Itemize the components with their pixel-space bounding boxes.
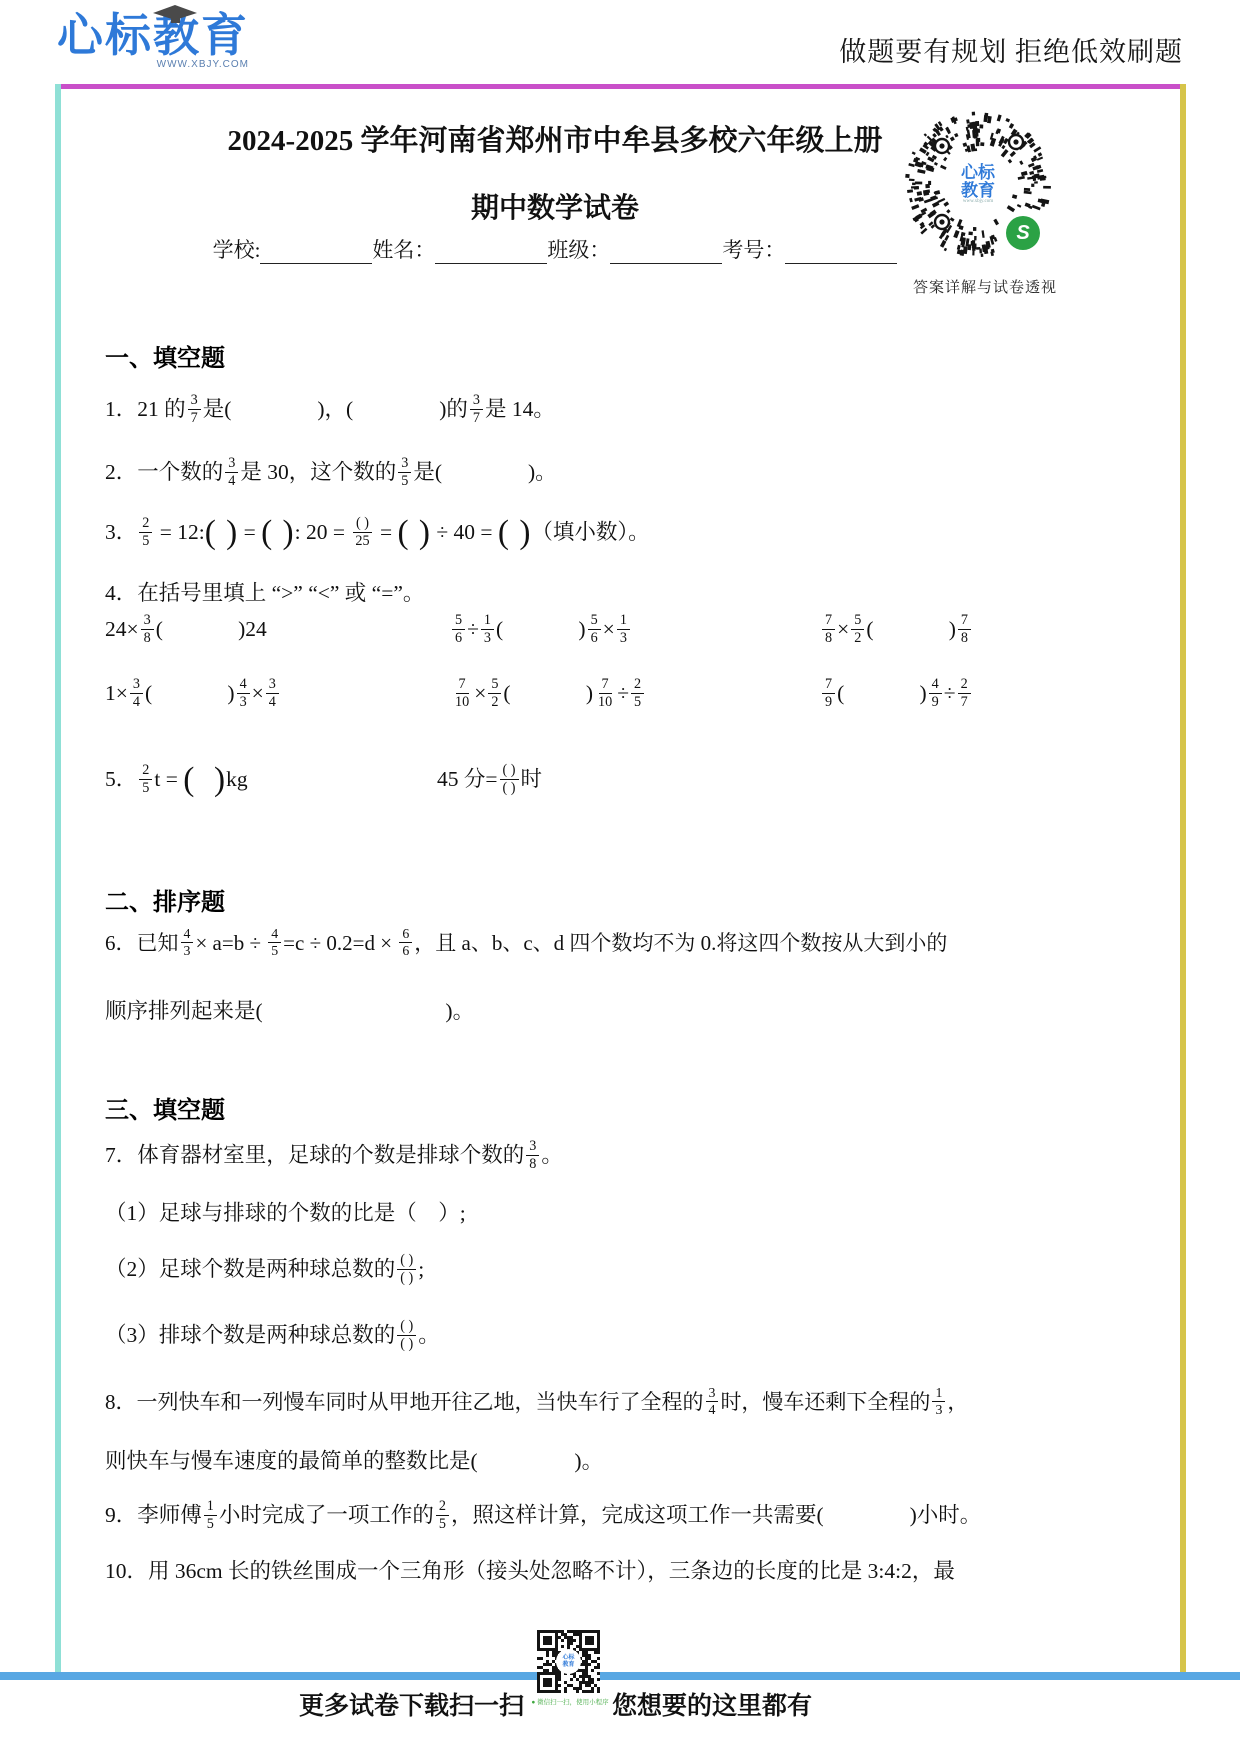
student-info-row: 学校: 姓名： 班级： 考号： xyxy=(105,234,1005,264)
download-qr-code: 心标 教育 xyxy=(537,1630,600,1693)
compare-r1c2: 56÷13( )56×13 xyxy=(450,612,820,646)
school-blank-line xyxy=(260,239,372,264)
answer-qr-code: 心标 教育 www.xbjy.com S xyxy=(902,110,1052,260)
mini-program-icon: S xyxy=(1006,216,1040,250)
question-10: 10．用 36cm 长的铁丝围成一个三角形（接头处忽略不计），三条边的长度的比是… xyxy=(105,1558,955,1585)
question-2: 2．一个数的34是 30，这个数的35是( )。 xyxy=(105,455,557,489)
question-4-intro: 4．在括号里填上 “>” “<” 或 “=”。 xyxy=(105,580,424,607)
exam-no-label: 考号： xyxy=(722,234,785,264)
header-tagline: 做题要有规划 拒绝低效刷题 xyxy=(839,30,1183,69)
download-qr-caption: ● 微信扫一扫，使用小程序 xyxy=(524,1697,616,1706)
exam-no-field: 考号： xyxy=(722,234,897,264)
question-7: 7．体育器材室里，足球的个数是排球个数的38。 xyxy=(105,1138,563,1172)
compare-r1c3: 78×52( )78 xyxy=(820,612,1167,646)
brand-logo: 心标教育 WWW.XBJY.COM xyxy=(57,12,249,70)
question-5b: 45 分=( )( )时 xyxy=(437,762,542,796)
frame-top-border xyxy=(55,84,1186,89)
question-5a: 5．25t = ( )kg xyxy=(105,762,248,796)
qr-brand-url: www.xbjy.com xyxy=(963,199,993,204)
class-label: 班级： xyxy=(547,234,610,264)
exam-page: 心标教育 WWW.XBJY.COM 做题要有规划 拒绝低效刷题 2024-202… xyxy=(0,0,1240,1754)
question-3: 3．25 = 12:( ) = ( ): 20 = ( )25 = ( ) ÷ … xyxy=(105,515,650,549)
name-field: 姓名： xyxy=(372,234,547,264)
compare-r2c3: 79( )49÷27 xyxy=(820,676,1167,710)
frame-right-border xyxy=(1180,84,1186,1674)
footer-left-text: 更多试卷下载扫一扫 xyxy=(282,1686,524,1722)
footer-blue-line xyxy=(0,1672,1240,1680)
section-heading-1: 一、填空题 xyxy=(105,338,225,373)
section-heading-2: 二、排序题 xyxy=(105,882,225,917)
frame-left-border xyxy=(55,84,61,1674)
compare-r1c1: 24×38( )24 xyxy=(105,612,450,646)
footer-right-text: 您想要的这里都有 xyxy=(612,1686,812,1722)
class-blank-line xyxy=(610,239,722,264)
answer-qr-caption: 答案详解与试卷透视 xyxy=(890,276,1080,297)
download-qr-logo: 心标 教育 xyxy=(556,1649,581,1674)
paper-title-line1: 2024-2025 学年河南省郑州市中牟县多校六年级上册 xyxy=(105,118,1005,159)
question-7-sub2: （2）足球个数是两种球总数的( )( ); xyxy=(105,1252,424,1286)
school-label: 学校: xyxy=(213,234,261,264)
section-heading-3: 三、填空题 xyxy=(105,1090,225,1125)
name-blank-line xyxy=(435,239,547,264)
qr-brand-logo: 心标 教育 www.xbjy.com xyxy=(945,151,1011,217)
qr-brand-line2: 教育 xyxy=(961,182,995,200)
question-7-sub3: （3）排球个数是两种球总数的( )( )。 xyxy=(105,1318,440,1352)
question-8-line1: 8．一列快车和一列慢车同时从甲地开往乙地，当快车行了全程的34时，慢车还剩下全程… xyxy=(105,1385,968,1419)
compare-r2c1: 1×34( )43×34 xyxy=(105,676,450,710)
graduation-cap-icon xyxy=(153,5,197,25)
download-qr-logo-line2: 教育 xyxy=(562,1662,574,1669)
question-6-line2: 顺序排列起来是( )。 xyxy=(105,998,474,1025)
question-8-line2: 则快车与慢车速度的最简单的整数比是( )。 xyxy=(105,1448,603,1475)
qr-brand-line1: 心标 xyxy=(961,164,995,182)
exam-no-blank-line xyxy=(785,239,897,264)
question-1: 1．21 的37是( )，( )的37是 14。 xyxy=(105,392,555,426)
question-7-sub1: （1）足球与排球的个数的比是（ ）; xyxy=(105,1200,466,1227)
name-label: 姓名： xyxy=(372,234,435,264)
download-qr-logo-line1: 心标 xyxy=(562,1655,574,1662)
paper-title-line2: 期中数学试卷 xyxy=(105,186,1005,226)
question-4-comparison-grid: 24×38( )24 56÷13( )56×13 78×52( )78 1×34… xyxy=(105,612,1167,711)
school-field: 学校: xyxy=(213,234,373,264)
compare-r2c2: 710×52( )710÷25 xyxy=(450,676,820,710)
class-field: 班级： xyxy=(547,234,722,264)
question-9: 9．李师傅15小时完成了一项工作的25，照这样计算，完成这项工作一共需要( )小… xyxy=(105,1498,981,1532)
question-6-line1: 6．已知43× a=b ÷ 45=c ÷ 0.2=d × 66，且 a、b、c、… xyxy=(105,926,947,960)
